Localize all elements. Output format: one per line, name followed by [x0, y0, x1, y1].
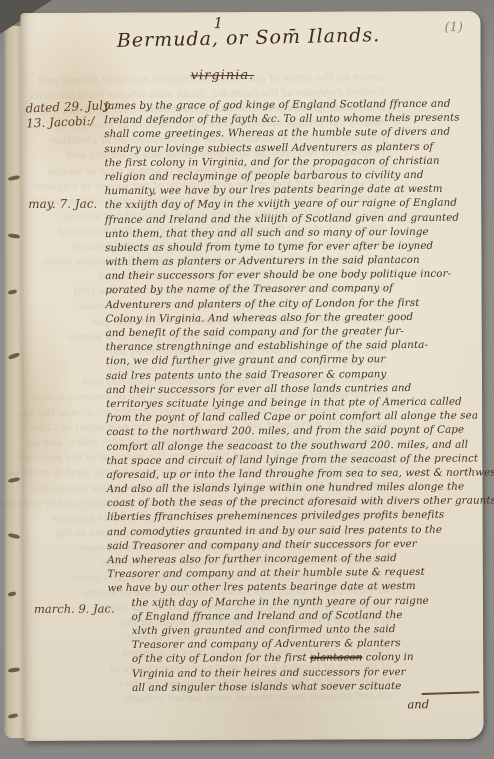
margin-note-date-1: dated 29. July 13. Jacobi:/ — [25, 98, 110, 131]
edge-ink-mark — [8, 591, 17, 597]
crossed-out-word: plantacon — [310, 652, 363, 664]
manuscript-page: James by the grace of god kinge of Engla… — [20, 11, 483, 741]
edge-ink-mark — [8, 713, 19, 719]
pencil-folio-number: (1) — [444, 20, 462, 35]
catchword: and — [407, 697, 429, 711]
edge-ink-mark — [8, 289, 18, 295]
edge-ink-mark — [8, 233, 20, 239]
manuscript-line: and comodyties graunted in and by our sa… — [107, 522, 479, 539]
edge-ink-mark — [8, 352, 21, 360]
line-text: colony in — [362, 651, 413, 663]
line-text: of the city of London for the first — [132, 652, 310, 665]
photograph-backdrop: James by the grace of god kinge of Engla… — [0, 0, 494, 759]
margin-note-date-3: march. 9. Jac. — [34, 602, 115, 617]
edge-ink-mark — [8, 175, 21, 181]
margin-note-line: 13. Jacobi:/ — [26, 113, 111, 131]
edge-ink-mark — [8, 477, 21, 483]
page-title: Bermuda, or Som̄ Ilands. — [98, 24, 398, 53]
crossed-out-heading: virginia. — [191, 68, 255, 83]
manuscript-line: subiects as should from tyme to tyme for… — [105, 238, 477, 255]
edge-ink-mark — [8, 667, 20, 673]
body-text-block: James by the grace of god kinge of Engla… — [104, 97, 480, 695]
edge-ink-mark — [8, 533, 21, 540]
margin-note-line: march. 9. Jac. — [34, 602, 115, 617]
manuscript-line: the xijth day of Marche in the nynth yea… — [107, 593, 479, 610]
margin-note-date-2: may. 7. Jac. — [28, 197, 97, 212]
pen-flourish — [421, 691, 479, 694]
margin-note-line: may. 7. Jac. — [28, 197, 97, 212]
